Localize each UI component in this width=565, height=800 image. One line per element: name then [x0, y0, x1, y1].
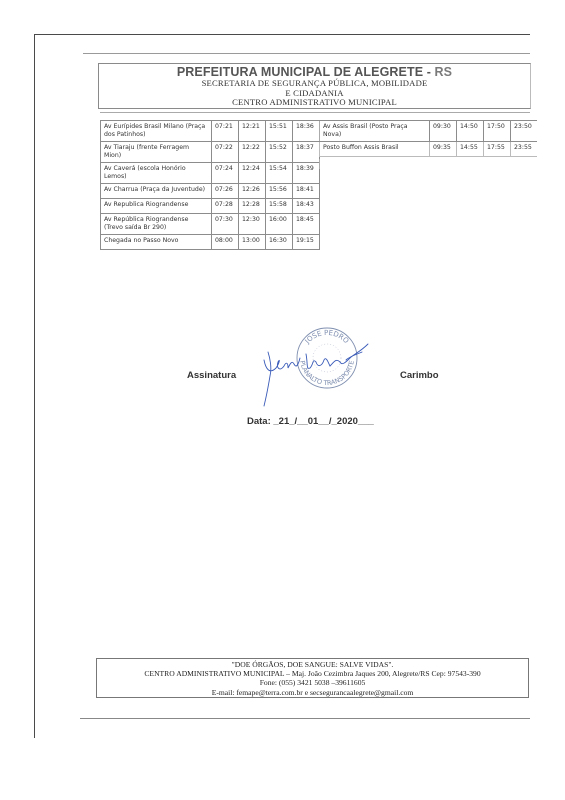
table-row: Posto Buffon Assis Brasil09:3514:5517:55…	[320, 142, 538, 157]
stop-name-cell: Av Eurípides Brasil Milano (Praça dos Pa…	[101, 121, 212, 142]
time-cell: 12:26	[239, 184, 266, 199]
time-cell: 12:21	[239, 121, 266, 142]
title-main: PREFEITURA MUNICIPAL DE ALEGRETE -	[177, 65, 435, 79]
signature-label: Assinatura	[187, 370, 236, 381]
time-cell: 18:43	[293, 199, 320, 214]
stop-name-cell: Chegada no Passo Novo	[101, 235, 212, 250]
time-cell: 12:22	[239, 142, 266, 163]
time-cell: 16:30	[266, 235, 293, 250]
time-cell: 15:58	[266, 199, 293, 214]
time-cell: 07:30	[212, 214, 239, 235]
table-divider	[319, 159, 320, 169]
time-cell: 12:30	[239, 214, 266, 235]
table-row: Av Assis Brasil (Posto Praça Nova)09:301…	[320, 121, 538, 142]
time-cell: 07:28	[212, 199, 239, 214]
table-row: Av Caverá (escola Honório Lemos)07:2412:…	[101, 163, 320, 184]
letterhead-line-3: CENTRO ADMINISTRATIVO MUNICIPAL	[99, 98, 530, 108]
table-row: Av Republica Riograndense07:2812:2815:58…	[101, 199, 320, 214]
footer-slogan: "DOE ÓRGÃOS, DOE SANGUE: SALVE VIDAS".	[97, 660, 528, 669]
table-row: Av República Riograndense (Trevo saída B…	[101, 214, 320, 235]
time-cell: 18:45	[293, 214, 320, 235]
time-cell: 07:21	[212, 121, 239, 142]
stop-name-cell: Av Caverá (escola Honório Lemos)	[101, 163, 212, 184]
time-cell: 07:24	[212, 163, 239, 184]
time-cell: 07:26	[212, 184, 239, 199]
time-cell: 23:55	[511, 142, 538, 157]
stop-name-cell: Av Republica Riograndense	[101, 199, 212, 214]
time-cell: 19:15	[293, 235, 320, 250]
table-row: Av Charrua (Praça da Juventude)07:2612:2…	[101, 184, 320, 199]
time-cell: 14:50	[457, 121, 484, 142]
footer-address: CENTRO ADMINISTRATIVO MUNICIPAL – Maj. J…	[97, 669, 528, 678]
time-cell: 12:28	[239, 199, 266, 214]
time-cell: 16:00	[266, 214, 293, 235]
signature-icon	[264, 344, 368, 406]
time-cell: 15:52	[266, 142, 293, 163]
stamp-label: Carimbo	[400, 370, 439, 381]
page-border-left	[34, 34, 35, 738]
page-rule-top	[83, 53, 530, 54]
time-cell: 07:22	[212, 142, 239, 163]
footer: "DOE ÓRGÃOS, DOE SANGUE: SALVE VIDAS". C…	[96, 658, 529, 698]
page-border-top	[34, 34, 530, 35]
time-cell: 13:00	[239, 235, 266, 250]
time-cell: 12:24	[239, 163, 266, 184]
time-cell: 17:50	[484, 121, 511, 142]
letterhead: PREFEITURA MUNICIPAL DE ALEGRETE - RS SE…	[98, 63, 531, 109]
title-suffix: RS	[435, 65, 453, 79]
time-cell: 18:37	[293, 142, 320, 163]
stop-name-cell: Av Charrua (Praça da Juventude)	[101, 184, 212, 199]
time-cell: 23:50	[511, 121, 538, 142]
schedule-table-right: Av Assis Brasil (Posto Praça Nova)09:301…	[319, 120, 537, 157]
table-row: Av Eurípides Brasil Milano (Praça dos Pa…	[101, 121, 320, 142]
stop-name-cell: Av Tiaraju (frente Ferragem Mion)	[101, 142, 212, 163]
schedule-table-left: Av Eurípides Brasil Milano (Praça dos Pa…	[100, 120, 320, 250]
footer-email: E-mail: femape@terra.com.br e secseguran…	[97, 688, 528, 697]
time-cell: 18:39	[293, 163, 320, 184]
time-cell: 08:00	[212, 235, 239, 250]
header-divider	[100, 112, 530, 113]
time-cell: 15:56	[266, 184, 293, 199]
letterhead-title: PREFEITURA MUNICIPAL DE ALEGRETE - RS	[99, 65, 530, 79]
stamp-and-signature: JOSE PEDRO PLANALTO TRANSPORTE	[250, 318, 390, 413]
table-row: Av Tiaraju (frente Ferragem Mion)07:2212…	[101, 142, 320, 163]
svg-text:JOSE PEDRO: JOSE PEDRO	[303, 329, 351, 346]
footer-divider	[80, 718, 530, 719]
date-field: Data: _21_/__01__/_2020___	[247, 416, 374, 427]
time-cell: 15:51	[266, 121, 293, 142]
time-cell: 15:54	[266, 163, 293, 184]
stop-name-cell: Av Assis Brasil (Posto Praça Nova)	[320, 121, 430, 142]
time-cell: 14:55	[457, 142, 484, 157]
table-row: Chegada no Passo Novo08:0013:0016:3019:1…	[101, 235, 320, 250]
time-cell: 17:55	[484, 142, 511, 157]
time-cell: 18:41	[293, 184, 320, 199]
time-cell: 09:35	[430, 142, 457, 157]
stop-name-cell: Av República Riograndense (Trevo saída B…	[101, 214, 212, 235]
stop-name-cell: Posto Buffon Assis Brasil	[320, 142, 430, 157]
time-cell: 18:36	[293, 121, 320, 142]
time-cell: 09:30	[430, 121, 457, 142]
footer-phone: Fone: (055) 3421 5038 –39611605	[97, 678, 528, 687]
